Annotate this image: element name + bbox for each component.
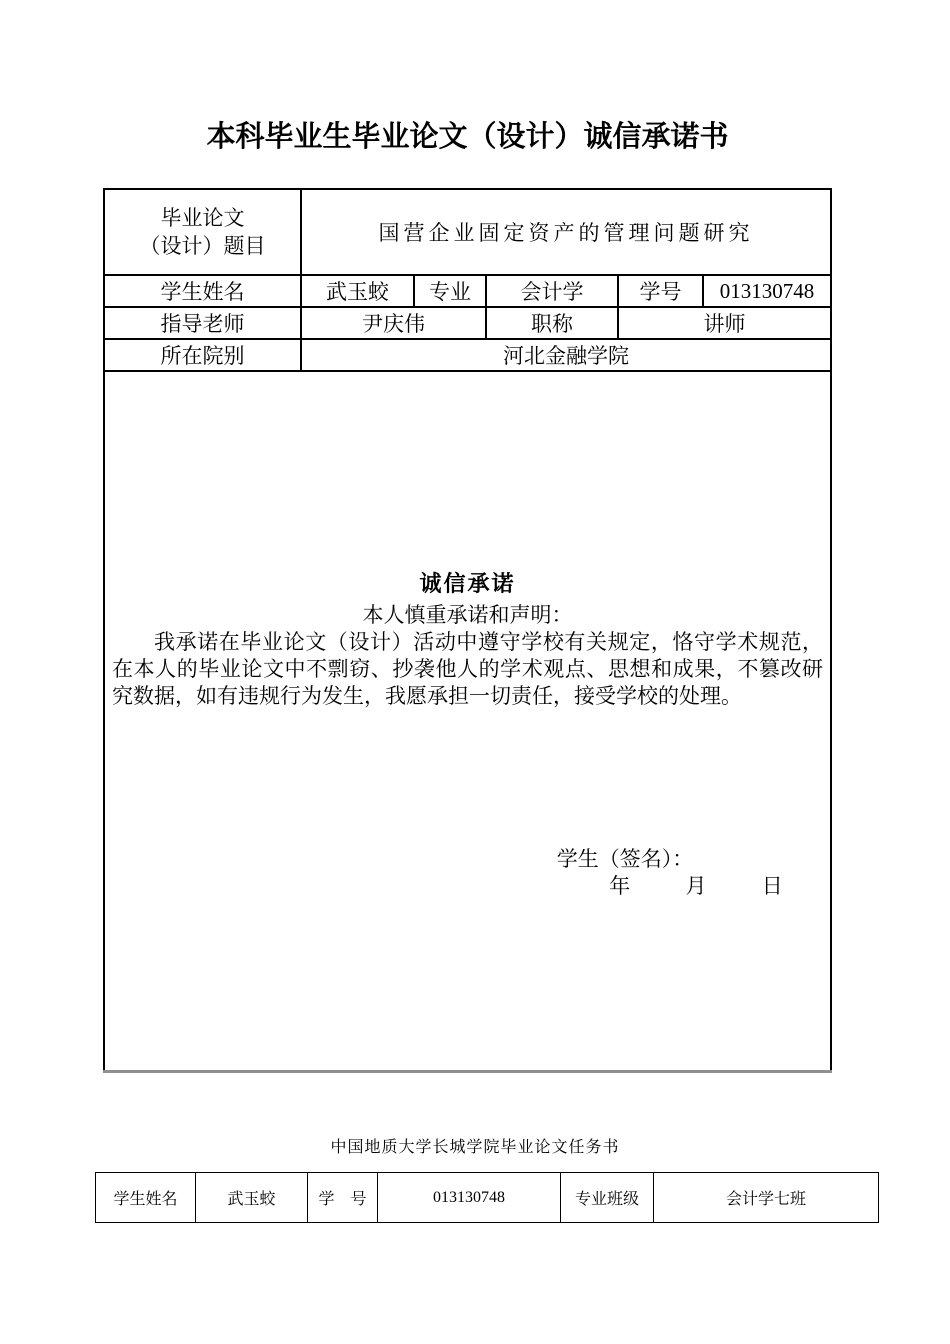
topic-value-cell: 国营企业固定资产的管理问题研究 — [301, 189, 831, 275]
major-label-cell: 专业 — [414, 275, 486, 307]
task-student-name-label-cell: 学生姓名 — [96, 1173, 196, 1223]
task-student-id-cell: 013130748 — [378, 1173, 561, 1223]
pledge-declaration: 本人慎重承诺和声明： — [112, 602, 823, 629]
task-book-table: 学生姓名 武玉蛟 学 号 013130748 专业班级 会计学七班 — [95, 1172, 879, 1223]
table-row: 诚信承诺 本人慎重承诺和声明： 我承诺在毕业论文（设计）活动中遵守学校有关规定，… — [104, 371, 831, 1072]
student-id-label-cell: 学号 — [618, 275, 703, 307]
table-row: 学生姓名 武玉蛟 专业 会计学 学号 013130748 — [104, 275, 831, 307]
document-page: 本科毕业生毕业论文（设计）诚信承诺书 毕业论文 （设计）题目 国营企业固定资产的… — [0, 0, 950, 1344]
advisor-title-cell: 讲师 — [618, 307, 831, 339]
pledge-body: 我承诺在毕业论文（设计）活动中遵守学校有关规定，恪守学术规范，在本人的毕业论文中… — [112, 629, 823, 710]
date-year-label: 年 — [609, 874, 630, 898]
advisor-title-label-cell: 职称 — [486, 307, 618, 339]
table-row: 毕业论文 （设计）题目 国营企业固定资产的管理问题研究 — [104, 189, 831, 275]
major-value-cell: 会计学 — [486, 275, 618, 307]
advisor-label-cell: 指导老师 — [104, 307, 301, 339]
topic-label-cell: 毕业论文 （设计）题目 — [104, 189, 301, 275]
table-row: 指导老师 尹庆伟 职称 讲师 — [104, 307, 831, 339]
department-value-cell: 河北金融学院 — [301, 339, 831, 371]
page-title: 本科毕业生毕业论文（设计）诚信承诺书 — [103, 114, 832, 155]
student-name-label-cell: 学生姓名 — [104, 275, 301, 307]
task-student-name-cell: 武玉蛟 — [196, 1173, 308, 1223]
pledge-heading: 诚信承诺 — [105, 567, 830, 598]
student-id-cell: 013130748 — [703, 275, 831, 307]
task-class-label-cell: 专业班级 — [561, 1173, 654, 1223]
advisor-name-cell: 尹庆伟 — [301, 307, 486, 339]
topic-label-line1: 毕业论文 — [105, 204, 300, 232]
date-day-label: 日 — [762, 874, 783, 898]
task-book-caption: 中国地质大学长城学院毕业论文任务书 — [0, 1134, 950, 1157]
signature-date-line: 年 月 日 — [562, 873, 830, 900]
task-class-value-cell: 会计学七班 — [654, 1173, 879, 1223]
table-row: 学生姓名 武玉蛟 学 号 013130748 专业班级 会计学七班 — [96, 1173, 879, 1223]
date-month-label: 月 — [686, 874, 707, 898]
commitment-table: 毕业论文 （设计）题目 国营企业固定资产的管理问题研究 学生姓名 武玉蛟 专业 … — [103, 188, 832, 1073]
student-signature-label: 学生（签名）： — [420, 846, 830, 873]
task-student-id-label-cell: 学 号 — [308, 1173, 378, 1223]
table-row: 所在院别 河北金融学院 — [104, 339, 831, 371]
department-label-cell: 所在院别 — [104, 339, 301, 371]
topic-label-line2: （设计）题目 — [105, 232, 300, 260]
pledge-cell: 诚信承诺 本人慎重承诺和声明： 我承诺在毕业论文（设计）活动中遵守学校有关规定，… — [104, 371, 831, 1072]
student-name-cell: 武玉蛟 — [301, 275, 414, 307]
